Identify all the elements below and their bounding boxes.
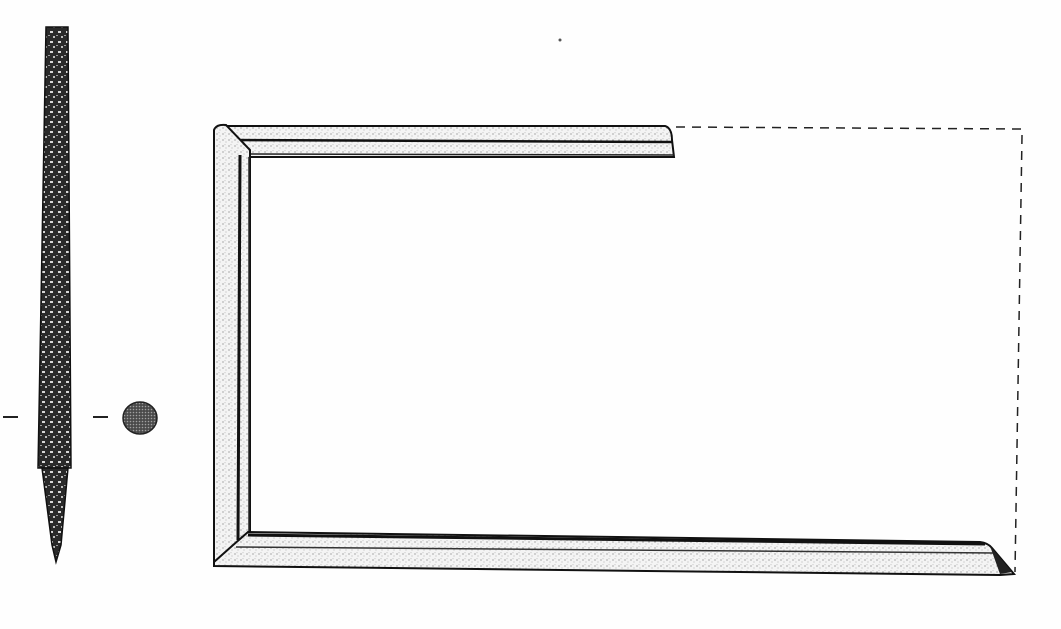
awl-shaft (38, 27, 71, 468)
awl-drawing (38, 27, 71, 562)
awl-cross-section (123, 402, 157, 434)
speck (559, 39, 562, 42)
frame-left-bar (214, 125, 250, 562)
illustration-canvas (0, 0, 1061, 629)
awl-tip (42, 468, 68, 562)
frame-fragment (214, 125, 1014, 575)
reconstruction-outline (676, 127, 1022, 572)
